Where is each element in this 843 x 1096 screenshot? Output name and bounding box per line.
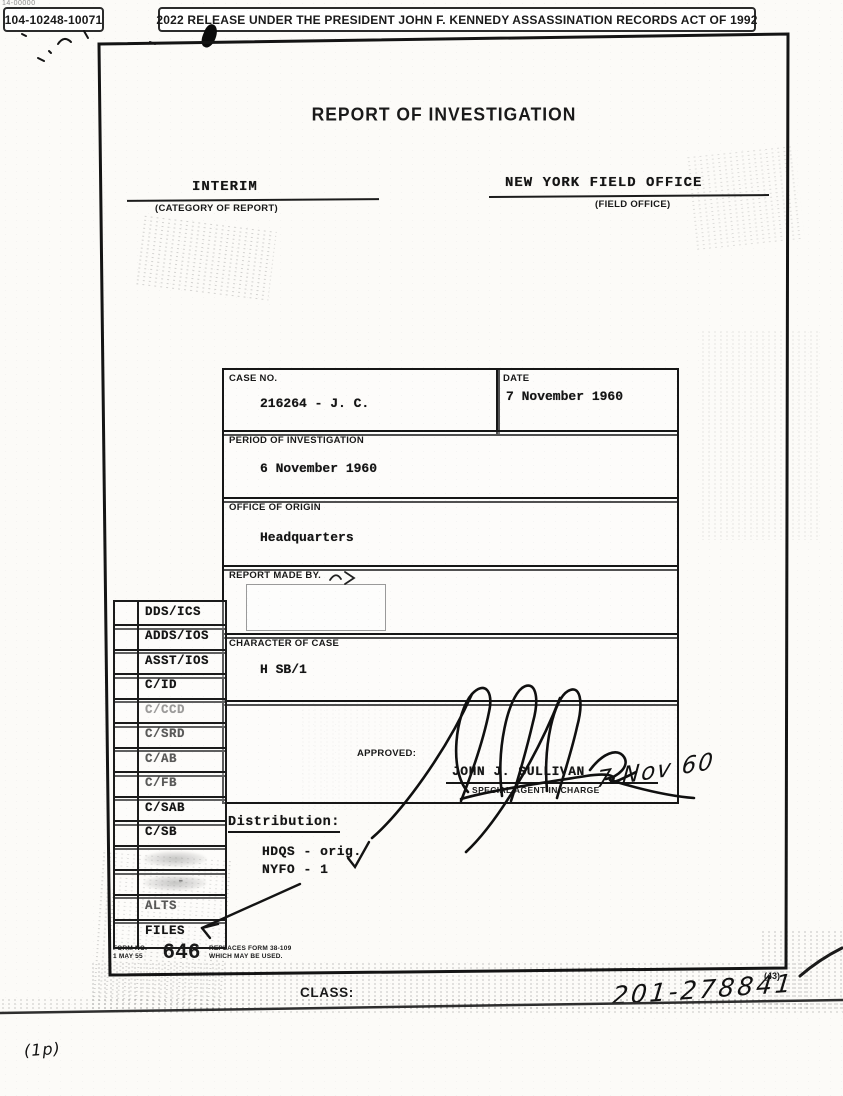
date-label: DATE (503, 373, 529, 384)
category-of-report-value: INTERIM (192, 179, 258, 195)
page-note: (1p) (23, 1039, 61, 1061)
origin-cell: OFFICE OF ORIGIN Headquarters (222, 497, 679, 571)
approved-label: APPROVED: (357, 748, 416, 759)
routing-label: FILES (145, 924, 185, 938)
routing-label: C/ID (145, 678, 177, 692)
smudge-mark (143, 875, 207, 891)
record-id-box: 104-10248-10071 (3, 7, 104, 32)
routing-label: C/AB (145, 752, 177, 766)
date-value: 7 November 1960 (506, 389, 623, 404)
scan-code: 14-00000 (2, 0, 36, 7)
form-title: REPORT OF INVESTIGATION (97, 103, 791, 125)
routing-label: ALTS (145, 899, 177, 913)
field-office-value: NEW YORK FIELD OFFICE (505, 175, 702, 191)
approver-name: JOHN J. SULLIVAN (452, 764, 585, 779)
release-banner: 2022 RELEASE UNDER THE PRESIDENT JOHN F.… (158, 7, 756, 32)
routing-label: C/SAB (145, 801, 185, 815)
routing-label: ADDS/IOS (145, 629, 209, 643)
smudge-mark (143, 851, 207, 867)
origin-value: Headquarters (260, 530, 354, 545)
period-value: 6 November 1960 (260, 461, 377, 476)
routing-checkbox (115, 921, 139, 947)
report-made-by-cell: REPORT MADE BY. (222, 565, 679, 639)
routing-label: C/FB (145, 776, 177, 790)
marginal-number: (43) (764, 971, 780, 981)
corner-scribble (800, 948, 842, 976)
period-cell: PERIOD OF INVESTIGATION 6 November 1960 (222, 430, 679, 503)
distribution-heading: Distribution: (228, 815, 340, 833)
case-no-cell: CASE NO. 216264 - J. C. (222, 368, 500, 436)
redaction-box (246, 584, 386, 631)
form-no-label: FORM NO. 1 MAY 55 (113, 945, 147, 960)
class-label: CLASS: (300, 985, 354, 1000)
form-number: 646 (163, 940, 201, 964)
distribution-item: HDQS - orig. (262, 844, 362, 859)
distribution-item: NYFO - 1 (262, 862, 328, 877)
case-no-value: 216264 - J. C. (260, 396, 369, 411)
character-label: CHARACTER OF CASE (229, 638, 339, 649)
report-form: REPORT OF INVESTIGATION INTERIM (CATEGOR… (97, 32, 791, 980)
period-label: PERIOD OF INVESTIGATION (229, 435, 364, 446)
routing-label: C/SB (145, 825, 177, 839)
case-no-label: CASE NO. (229, 373, 277, 384)
date-cell: DATE 7 November 1960 (496, 368, 679, 436)
field-office-label: (FIELD OFFICE) (595, 199, 670, 210)
category-of-report-label: (CATEGORY OF REPORT) (155, 203, 278, 214)
approver-title: SPECIAL AGENT-IN CHARGE (472, 785, 600, 795)
routing-label: DDS/ICS (145, 605, 201, 619)
routing-label: ASST/IOS (145, 654, 209, 668)
origin-label: OFFICE OF ORIGIN (229, 502, 321, 513)
character-cell: CHARACTER OF CASE H SB/1 (222, 633, 679, 706)
character-value: H SB/1 (260, 662, 307, 677)
routing-label: C/SRD (145, 727, 185, 741)
routing-label: C/CCD (145, 703, 185, 717)
scanned-document-page: 14-00000 104-10248-10071 2022 RELEASE UN… (0, 0, 843, 1096)
report-made-by-label: REPORT MADE BY. (229, 570, 321, 581)
routing-label: - (177, 874, 185, 888)
form-replaces-note: REPLACES FORM 38-109 WHICH MAY BE USED. (209, 945, 291, 960)
